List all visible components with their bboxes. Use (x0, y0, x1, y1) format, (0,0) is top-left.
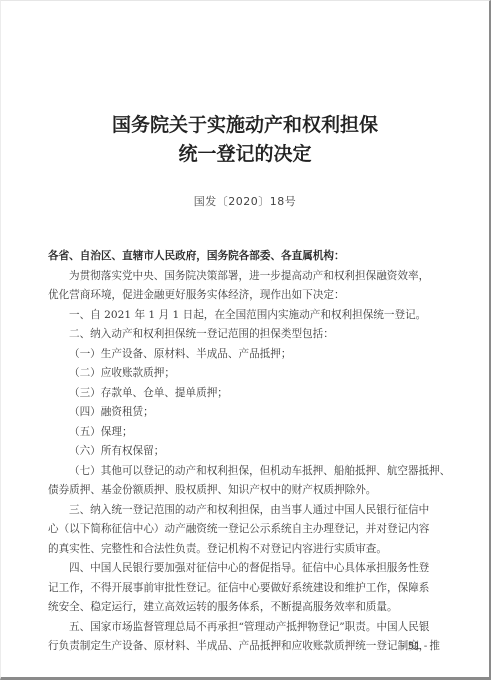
addressee: 各省、自治区、直辖市人民政府，国务院各部委、各直属机构： (48, 247, 444, 267)
body-line: 三、纳入统一登记范围的动产和权利担保，由当事人通过中国人民银行征信中 (48, 501, 444, 521)
title-line-2: 统一登记的决定 (1, 140, 489, 169)
body-line: 为贯彻落实党中央、国务院决策部署，进一步提高动产和权利担保融资效率， (48, 267, 444, 287)
body-line: （二）应收账款质押； (48, 364, 444, 384)
page-number: - 51 - (401, 641, 427, 652)
body-line: 五、国家市场监督管理总局不再承担“管理动产抵押物登记”职责。中国人民银 (48, 618, 444, 638)
body-line: （七）其他可以登记的动产和权利担保，但机动车抵押、船舶抵押、航空器抵押、 (48, 462, 444, 482)
body-line: 二、纳入动产和权利担保统一登记范围的担保类型包括： (48, 325, 444, 345)
body-line: 四、中国人民银行要加强对征信中心的督促指导。征信中心具体承担服务性登 (48, 559, 444, 579)
title-line-1: 国务院关于实施动产和权利担保 (1, 111, 489, 140)
body-line: 行负责制定生产设备、原材料、半成品、产品抵押和应收账款质押统一登记制度，推 (48, 637, 444, 657)
body-line: （三）存款单、仓单、提单质押； (48, 384, 444, 404)
body-line: （四）融资租赁； (48, 403, 444, 423)
body-line: 的真实性、完整性和合法性负责。登记机构不对登记内容进行实质审查。 (48, 540, 444, 560)
document-title: 国务院关于实施动产和权利担保 统一登记的决定 (1, 111, 489, 169)
body-line: 优化营商环境，促进金融更好服务实体经济，现作出如下决定： (48, 286, 444, 306)
body-line: 债券质押、基金份额质押、股权质押、知识产权中的财产权质押除外。 (48, 481, 444, 501)
body-line: 一、自 2021 年 1 月 1 日起，在全国范围内实施动产和权利担保统一登记。 (48, 306, 444, 326)
document-body: 各省、自治区、直辖市人民政府，国务院各部委、各直属机构： 为贯彻落实党中央、国务… (48, 247, 444, 657)
body-line: （五）保理； (48, 423, 444, 443)
body-line: （六）所有权保留； (48, 442, 444, 462)
body-paragraphs: 为贯彻落实党中央、国务院决策部署，进一步提高动产和权利担保融资效率，优化营商环境… (48, 267, 444, 657)
body-line: （一）生产设备、原材料、半成品、产品抵押； (48, 345, 444, 365)
document-number: 国发〔2020〕18号 (1, 193, 489, 209)
body-line: 记工作，不得开展事前审批性登记。征信中心要做好系统建设和维护工作，保障系 (48, 579, 444, 599)
body-line: 心（以下简称征信中心）动产融资统一登记公示系统自主办理登记，并对登记内容 (48, 520, 444, 540)
document-page: 国务院关于实施动产和权利担保 统一登记的决定 国发〔2020〕18号 各省、自治… (0, 0, 491, 680)
body-line: 统安全、稳定运行，建立高效运转的服务体系，不断提高服务效率和质量。 (48, 598, 444, 618)
